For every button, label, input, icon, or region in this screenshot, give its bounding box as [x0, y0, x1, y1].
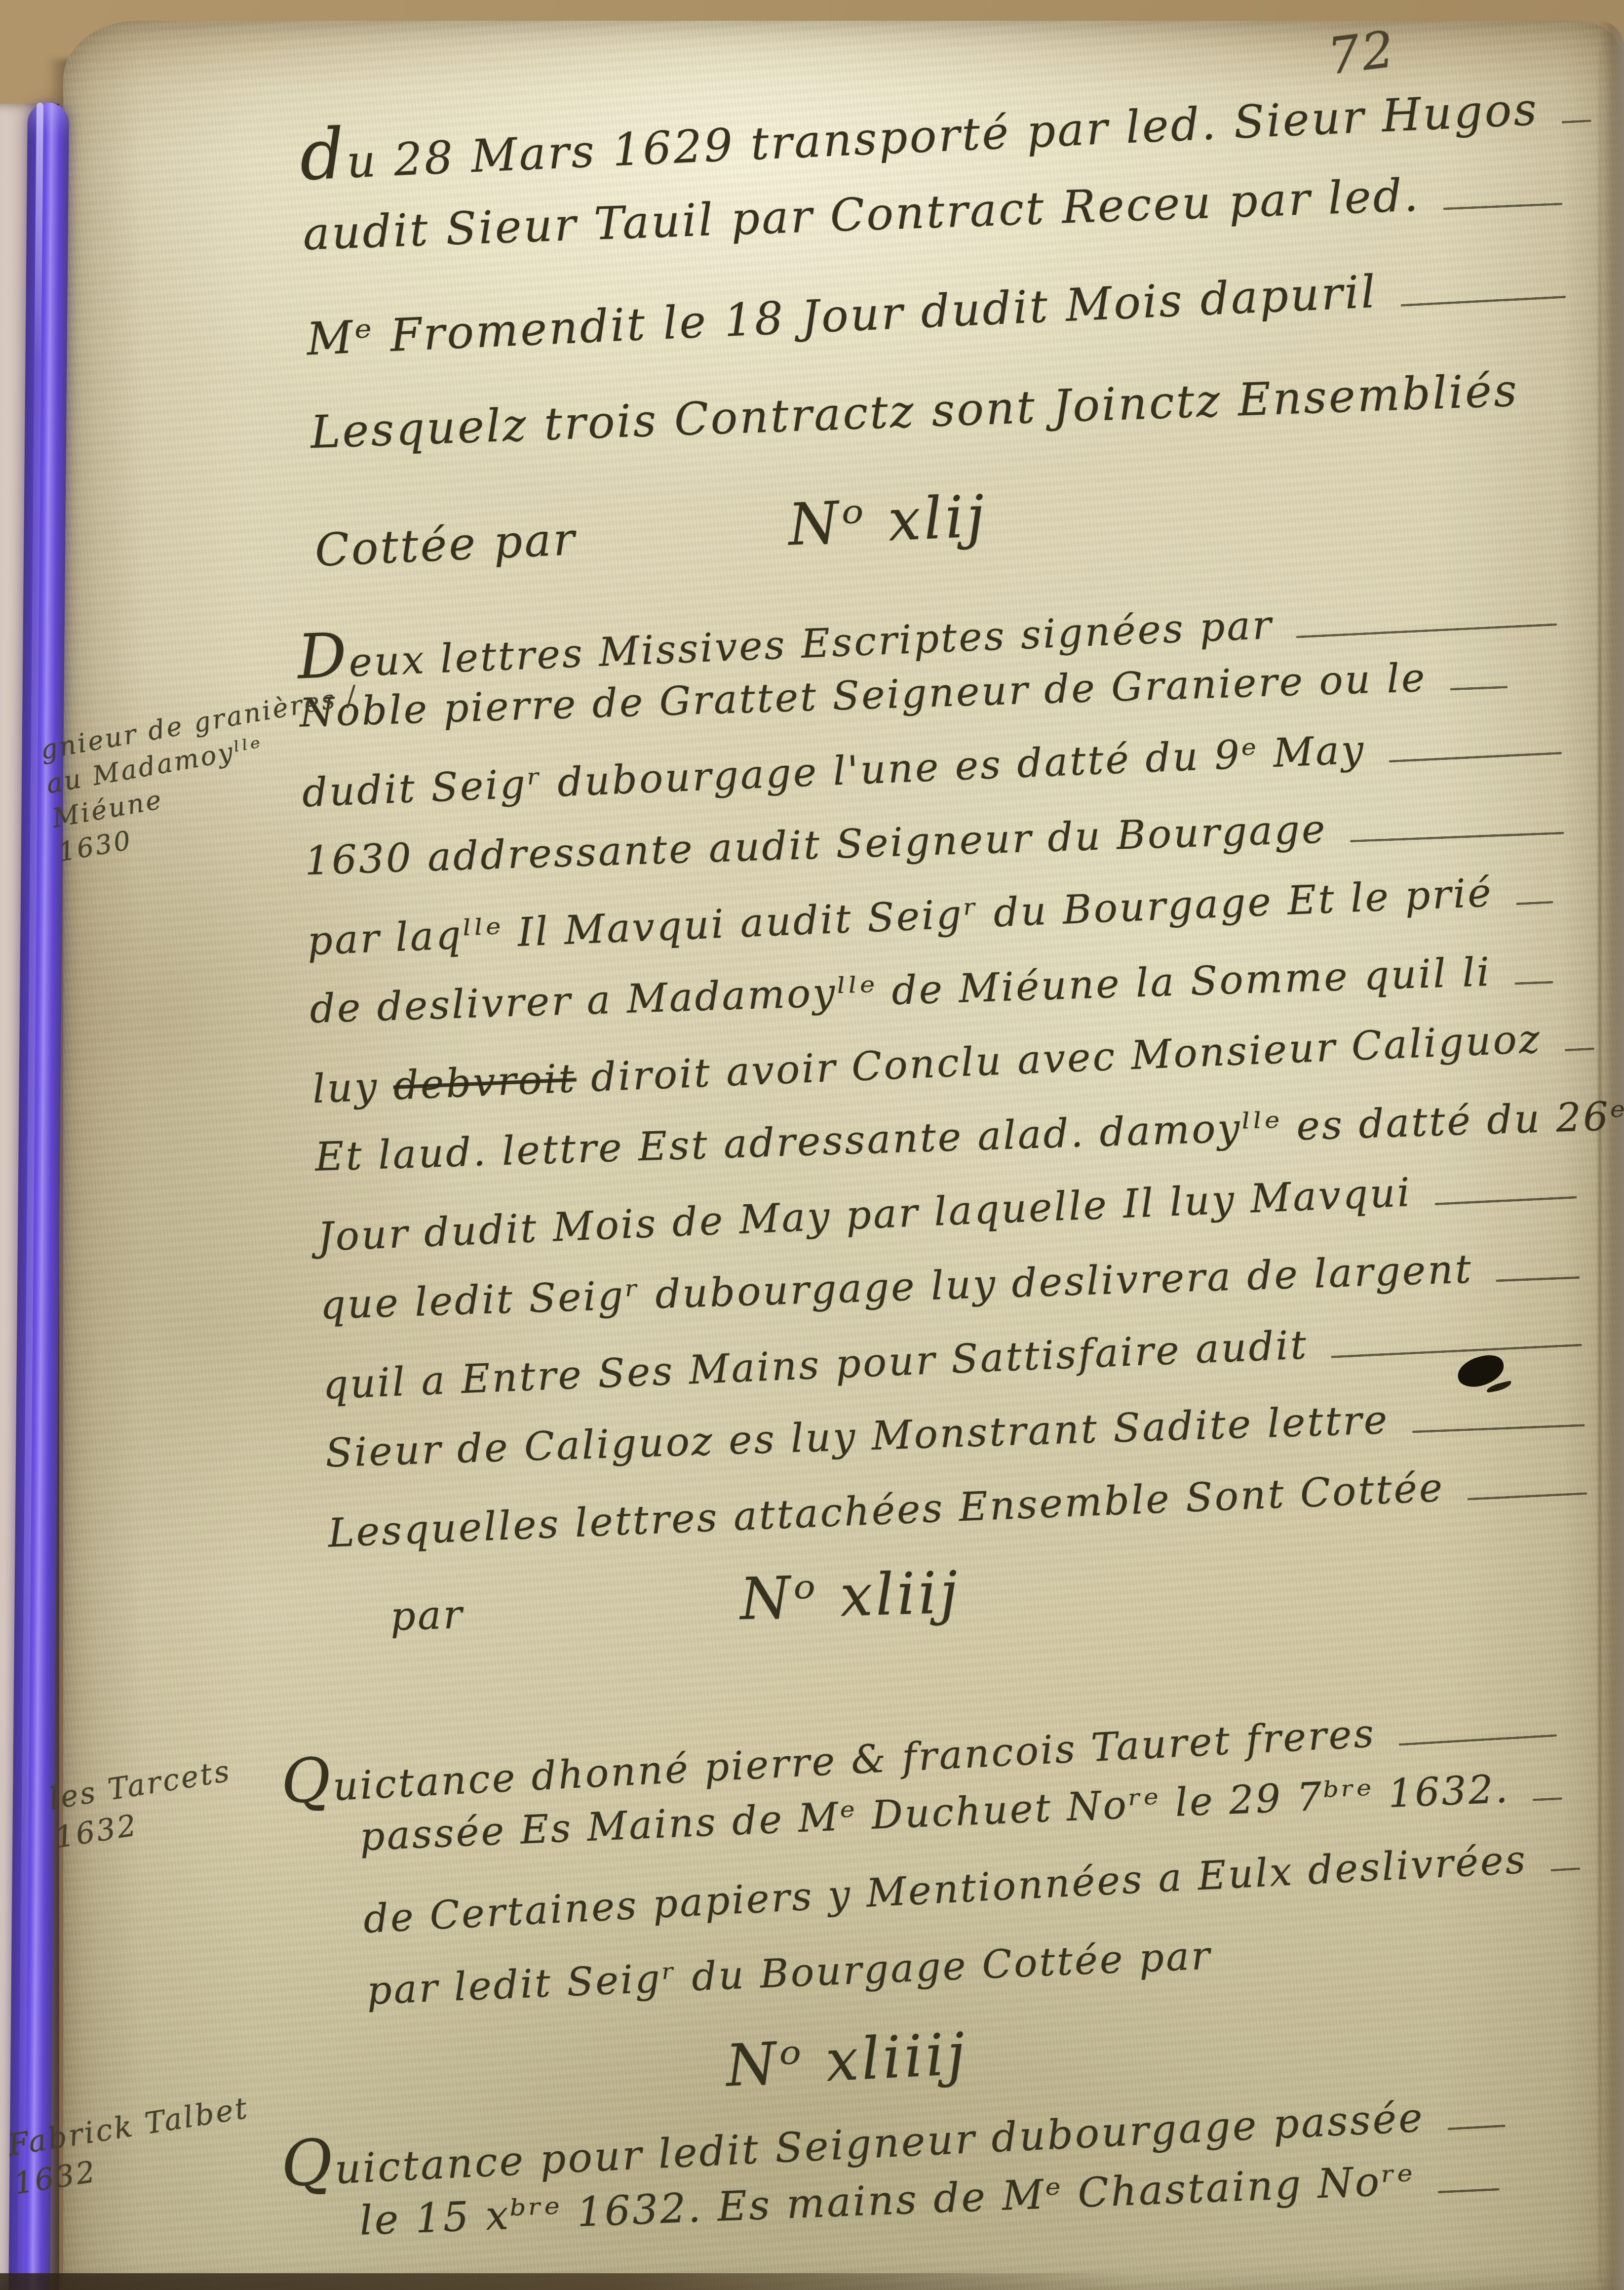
line-filler [1496, 1276, 1580, 1282]
line-filler [1468, 1492, 1587, 1500]
manuscript-photo: { "page_number": "72", "para1": { "l1": … [0, 0, 1624, 2290]
line-filler [1412, 1424, 1585, 1433]
catalog-number-xliij: Nᵒ xliij [739, 1558, 962, 1633]
line-filler [1389, 752, 1561, 763]
line-filler [1296, 623, 1557, 638]
line-filler [1450, 686, 1508, 690]
line-filler [1331, 1343, 1582, 1358]
book-bottom-shadow [0, 2273, 1135, 2290]
entry-paragraph-xlij: du 28 Mars 1629 transporté par led. Sieu… [298, 63, 1583, 607]
line-filler [1514, 981, 1553, 985]
line-filler [1533, 1797, 1562, 1801]
par-label: par [389, 1591, 464, 1640]
line-filler [1516, 901, 1553, 906]
line-filler [1350, 832, 1564, 843]
entry-paragraph-xliij: Deux lettres Missives Escriptes signées … [296, 574, 1598, 1654]
page-fore-edge [1598, 21, 1624, 2290]
line-filler [1438, 2188, 1500, 2194]
line-filler [1435, 1196, 1577, 1205]
catalog-number-xliiij: Nᵒ xliiij [724, 2020, 969, 2100]
line-filler [1400, 296, 1566, 307]
catalog-number-xlij: Nᵒ xlij [787, 482, 989, 559]
entry-paragraph-xliiij: Quictance dhonné pierre & francois Taure… [296, 1685, 1579, 2127]
strikethrough-text: debvroit [392, 1055, 578, 1108]
cottee-label: Cottée par [314, 513, 578, 577]
page-edge-crease [1598, 50, 1601, 2282]
line-filler [1447, 2125, 1505, 2130]
line-filler [1443, 202, 1562, 210]
line-filler [1399, 1734, 1557, 1746]
